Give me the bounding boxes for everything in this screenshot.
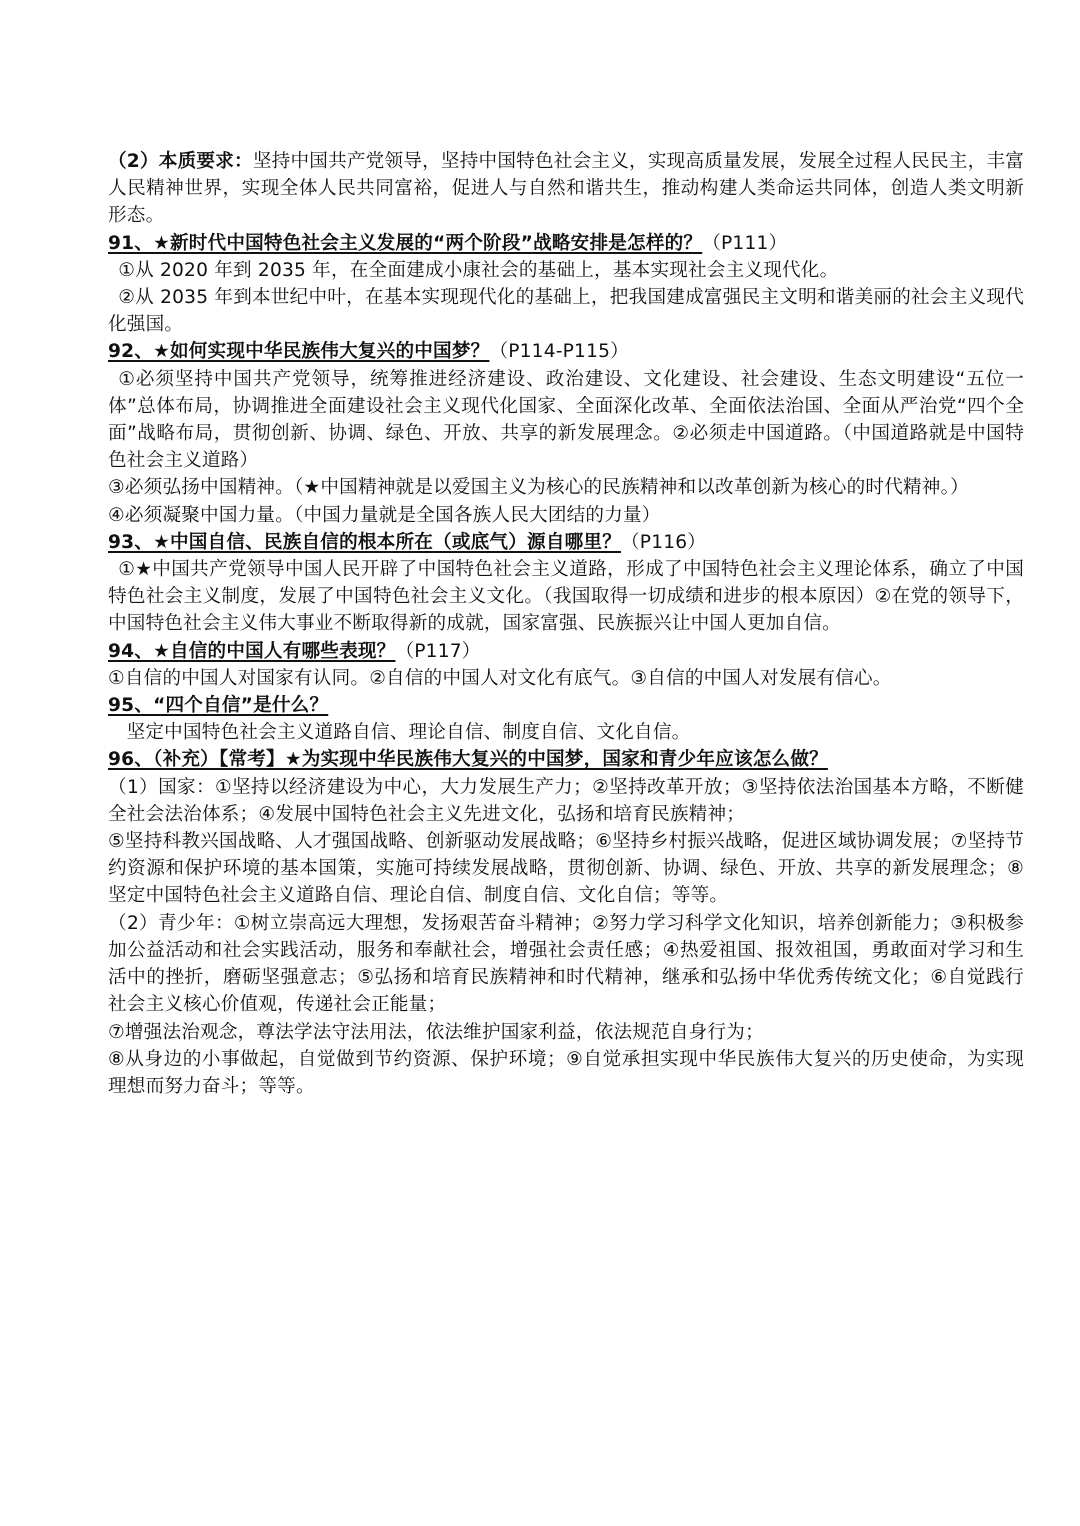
document-page: （2）本质要求：坚持中国共产党领导，坚持中国特色社会主义，实现高质量发展，发展全… [108, 148, 1024, 1100]
question-91: 91、★新时代中国特色社会主义发展的“两个阶段”战略安排是怎样的？（P111） [108, 230, 1024, 257]
answer-96-country-2: ⑤坚持科教兴国战略、人才强国战略、创新驱动发展战略；⑥坚持乡村振兴战略，促进区域… [108, 828, 1024, 910]
answer-92-1: ①必须坚持中国共产党领导，统筹推进经济建设、政治建设、文化建设、社会建设、生态文… [108, 366, 1024, 475]
answer-96-youth-2: ⑦增强法治观念，尊法学法守法用法，依法维护国家利益，依法规范自身行为； [108, 1019, 1024, 1046]
question-95: 95、“四个自信”是什么？ [108, 692, 1024, 719]
question-94-ref: （P117） [395, 641, 480, 662]
answer-95-1: 坚定中国特色社会主义道路自信、理论自信、制度自信、文化自信。 [108, 719, 1024, 746]
answer-96-country-1: （1）国家：①坚持以经济建设为中心，大力发展生产力；②坚持改革开放；③坚持依法治… [108, 774, 1024, 828]
question-92: 92、★如何实现中华民族伟大复兴的中国梦？（P114-P115） [108, 338, 1024, 365]
question-93-ref: （P116） [621, 532, 706, 553]
answer-92-3: ④必须凝聚中国力量。（中国力量就是全国各族人民大团结的力量） [108, 502, 1024, 529]
answer-91-2: ②从 2035 年到本世纪中叶，在基本实现现代化的基础上，把我国建成富强民主文明… [108, 284, 1024, 338]
answer-96-youth-1: （2）青少年：①树立崇高远大理想，发扬艰苦奋斗精神；②努力学习科学文化知识，培养… [108, 910, 1024, 1019]
question-93: 93、★中国自信、民族自信的根本所在（或底气）源自哪里？（P116） [108, 529, 1024, 556]
question-93-title: 93、★中国自信、民族自信的根本所在（或底气）源自哪里？ [108, 532, 621, 553]
question-91-ref: （P111） [702, 233, 787, 254]
question-92-ref: （P114-P115） [489, 341, 629, 362]
answer-93-1: ①★中国共产党领导中国人民开辟了中国特色社会主义道路，形成了中国特色社会主义理论… [108, 556, 1024, 638]
intro-label: （2）本质要求： [108, 151, 253, 172]
intro-paragraph: （2）本质要求：坚持中国共产党领导，坚持中国特色社会主义，实现高质量发展，发展全… [108, 148, 1024, 230]
question-94: 94、★自信的中国人有哪些表现？（P117） [108, 638, 1024, 665]
question-92-title: 92、★如何实现中华民族伟大复兴的中国梦？ [108, 341, 489, 362]
answer-92-2: ③必须弘扬中国精神。（★中国精神就是以爱国主义为核心的民族精神和以改革创新为核心… [108, 474, 1024, 501]
question-94-title: 94、★自信的中国人有哪些表现？ [108, 641, 395, 662]
question-95-title: 95、“四个自信”是什么？ [108, 695, 328, 716]
answer-91-1: ①从 2020 年到 2035 年，在全面建成小康社会的基础上，基本实现社会主义… [108, 257, 1024, 284]
question-96: 96、（补充）【常考】★为实现中华民族伟大复兴的中国梦，国家和青少年应该怎么做？ [108, 746, 1024, 773]
question-96-title: 96、（补充）【常考】★为实现中华民族伟大复兴的中国梦，国家和青少年应该怎么做？ [108, 749, 828, 770]
answer-96-youth-3: ⑧从身边的小事做起，自觉做到节约资源、保护环境；⑨自觉承担实现中华民族伟大复兴的… [108, 1046, 1024, 1100]
answer-94-1: ①自信的中国人对国家有认同。②自信的中国人对文化有底气。③自信的中国人对发展有信… [108, 665, 1024, 692]
question-91-title: 91、★新时代中国特色社会主义发展的“两个阶段”战略安排是怎样的？ [108, 233, 702, 254]
